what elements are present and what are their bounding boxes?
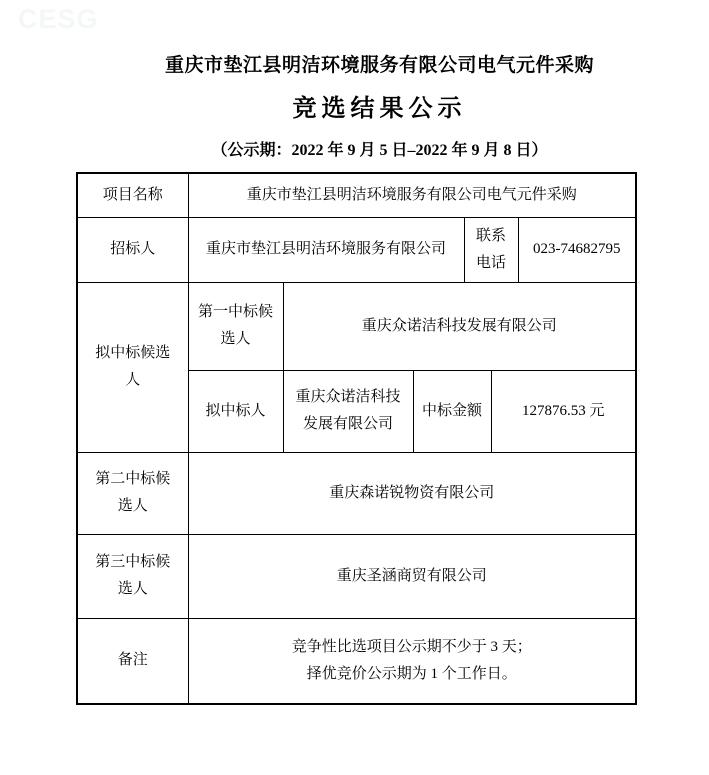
bid-amount-label: 中标金额 [413,370,491,452]
table-row-remarks: 备注 竞争性比选项目公示期不少于 3 天； 择优竞价公示期为 1 个工作日。 [77,618,636,704]
second-candidate-label: 第二中标候 选人 [77,452,188,534]
proposed-winner-value: 重庆众诺洁科技 发展有限公司 [283,370,413,452]
bid-amount-value: 127876.53 元 [491,370,636,452]
second-candidate-value: 重庆森诺锐物资有限公司 [188,452,636,534]
remarks-value: 竞争性比选项目公示期不少于 3 天； 择优竞价公示期为 1 个工作日。 [188,618,636,704]
table-row-second-candidate: 第二中标候 选人 重庆森诺锐物资有限公司 [77,452,636,534]
third-candidate-value: 重庆圣涵商贸有限公司 [188,534,636,618]
tenderer-value: 重庆市垫江县明洁环境服务有限公司 [188,217,464,282]
announcement-title: 竞选结果公示 [50,88,709,123]
announcement-page: CESG 重庆市垫江县明洁环境服务有限公司电气元件采购 竞选结果公示 （公示期：… [0,0,709,775]
cesg-watermark: CESG [18,4,99,35]
third-candidate-label: 第三中标候 选人 [77,534,188,618]
project-name-value: 重庆市垫江县明洁环境服务有限公司电气元件采购 [188,173,636,217]
table-row-project-name: 项目名称 重庆市垫江县明洁环境服务有限公司电气元件采购 [77,173,636,217]
contact-phone-label: 联系 电话 [464,217,518,282]
result-table: 项目名称 重庆市垫江县明洁环境服务有限公司电气元件采购 招标人 重庆市垫江县明洁… [76,172,637,705]
table-row-third-candidate: 第三中标候 选人 重庆圣涵商贸有限公司 [77,534,636,618]
tenderer-label: 招标人 [77,217,188,282]
proposed-winner-label: 拟中标人 [188,370,283,452]
first-candidate-value: 重庆众诺洁科技发展有限公司 [283,282,636,370]
page-title: 重庆市垫江县明洁环境服务有限公司电气元件采购 [50,50,709,77]
first-candidate-label: 第一中标候 选人 [188,282,283,370]
table-row-tenderer: 招标人 重庆市垫江县明洁环境服务有限公司 联系 电话 023-74682795 [77,217,636,282]
project-name-label: 项目名称 [77,173,188,217]
remarks-label: 备注 [77,618,188,704]
contact-phone-value: 023-74682795 [518,217,636,282]
candidates-label: 拟中标候选 人 [77,282,188,452]
publicity-period: （公示期：2022 年 9 月 5 日–2022 年 9 月 8 日） [50,137,709,160]
table-row-first-candidate: 拟中标候选 人 第一中标候 选人 重庆众诺洁科技发展有限公司 [77,282,636,370]
